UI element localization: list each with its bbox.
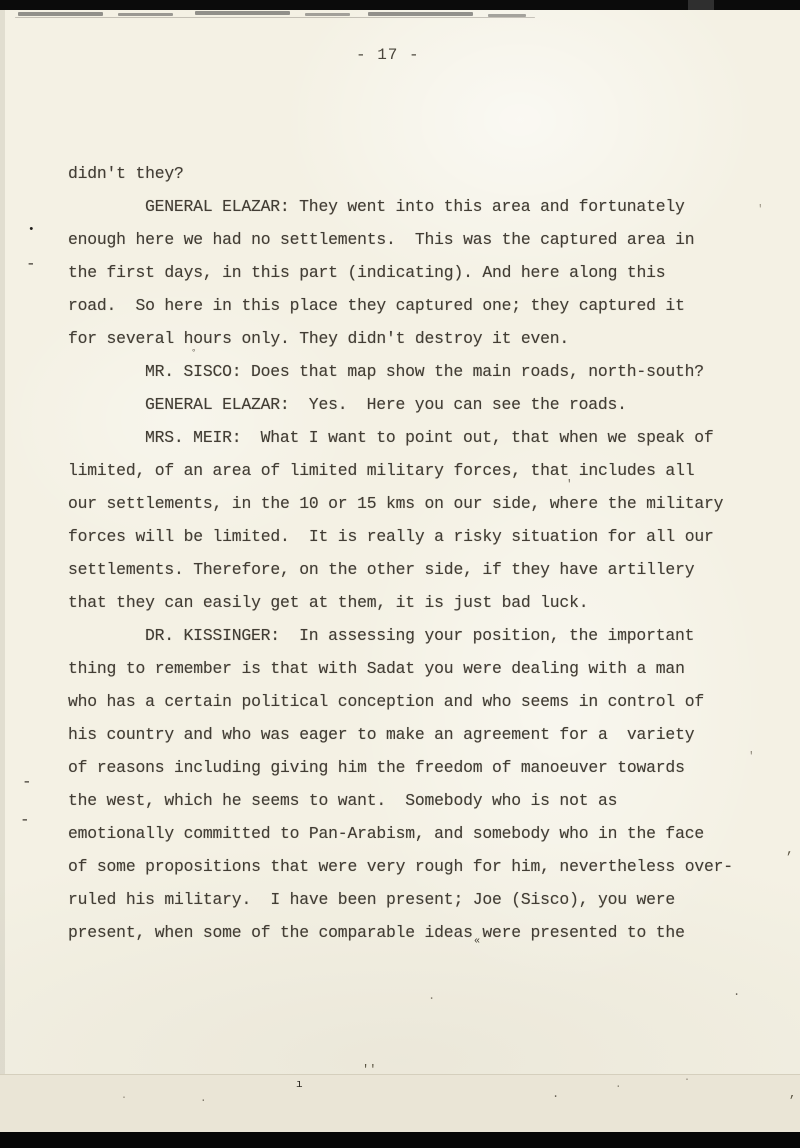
- transcript-line: who has a certain political conception a…: [68, 685, 778, 718]
- transcript-line: our settlements, in the 10 or 15 kms on …: [68, 487, 778, 520]
- scan-noise-mark: •: [28, 225, 35, 236]
- scan-smudge: [18, 12, 103, 16]
- transcript-line: road. So here in this place they capture…: [68, 289, 778, 322]
- transcript-line: of some propositions that were very roug…: [68, 850, 778, 883]
- scan-edge-shadow: [0, 0, 5, 1148]
- scan-artifact-band: [0, 1074, 800, 1132]
- scan-noise-mark: ,: [786, 843, 794, 856]
- scan-smudge: [118, 13, 173, 16]
- transcript-line: thing to remember is that with Sadat you…: [68, 652, 778, 685]
- transcript-line: that they can easily get at them, it is …: [68, 586, 778, 619]
- transcript-line: the first days, in this part (indicating…: [68, 256, 778, 289]
- scan-smudge: [195, 11, 290, 15]
- scan-noise-mark: .: [733, 986, 740, 998]
- scan-noise-mark: -: [26, 256, 36, 272]
- scan-noise-mark: -: [22, 774, 32, 790]
- transcript-line: enough here we had no settlements. This …: [68, 223, 778, 256]
- transcript-line: present, when some of the comparable ide…: [68, 916, 778, 949]
- transcript-line: ruled his military. I have been present;…: [68, 883, 778, 916]
- transcript-line: MR. SISCO: Does that map show the main r…: [68, 355, 778, 388]
- transcript-line: emotionally committed to Pan-Arabism, an…: [68, 817, 778, 850]
- transcript-line: MRS. MEIR: What I want to point out, tha…: [68, 421, 778, 454]
- scan-smudge: [15, 17, 535, 18]
- scan-smudge: [368, 12, 473, 16]
- scan-bar-notch: [688, 0, 714, 10]
- scanned-document-page: - 17 - didn't they?GENERAL ELAZAR: They …: [0, 0, 800, 1148]
- transcript-line: his country and who was eager to make an…: [68, 718, 778, 751]
- transcript-line: the west, which he seems to want. Somebo…: [68, 784, 778, 817]
- scan-noise-mark: -: [20, 812, 30, 828]
- scan-smudge: [488, 14, 526, 17]
- transcript-line: GENERAL ELAZAR: Yes. Here you can see th…: [68, 388, 778, 421]
- scan-black-bar-top: [0, 0, 800, 10]
- transcript-line: DR. KISSINGER: In assessing your positio…: [68, 619, 778, 652]
- transcript-line: GENERAL ELAZAR: They went into this area…: [68, 190, 778, 223]
- scan-noise-mark: .: [428, 990, 435, 1002]
- page-number: - 17 -: [356, 46, 420, 64]
- transcript-line: for several hours only. They didn't dest…: [68, 322, 778, 355]
- transcript-line: limited, of an area of limited military …: [68, 454, 778, 487]
- transcript-line: didn't they?: [68, 157, 778, 190]
- scan-black-bar-bottom: [0, 1132, 800, 1148]
- transcript-line: forces will be limited. It is really a r…: [68, 520, 778, 553]
- transcript-line: settlements. Therefore, on the other sid…: [68, 553, 778, 586]
- scan-smudge: [305, 13, 350, 16]
- transcript-line: of reasons including giving him the free…: [68, 751, 778, 784]
- transcript-body: didn't they?GENERAL ELAZAR: They went in…: [68, 157, 778, 949]
